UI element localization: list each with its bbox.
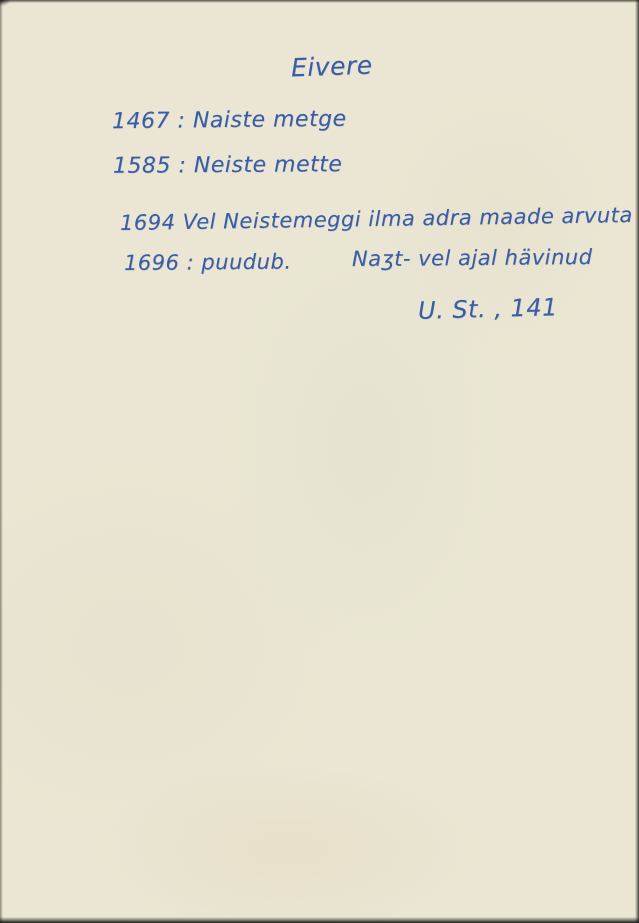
entry-1696-remark: Naʒt- vel ajal hävinud bbox=[352, 245, 593, 271]
scan-corner-top-left bbox=[0, 0, 14, 8]
entry-1696: 1696 : puudub. Naʒt- vel ajal hävinud bbox=[124, 247, 594, 275]
scan-edge-right bbox=[635, 0, 639, 923]
scan-edge-left bbox=[0, 0, 3, 923]
entry-1585: 1585 : Neiste mette bbox=[113, 152, 343, 179]
paper-sheet: Eivere 1467 : Naiste metge 1585 : Neiste… bbox=[0, 0, 639, 923]
scan-edge-bottom bbox=[0, 917, 639, 923]
source-reference: U. St. , 141 bbox=[418, 293, 558, 325]
entry-1694: 1694 Vel Neistemeggi ilma adra maade arv… bbox=[120, 203, 633, 235]
entry-1696-status: 1696 : puudub. bbox=[124, 250, 292, 275]
entry-1467: 1467 : Naiste metge bbox=[112, 107, 347, 134]
scan-edge-top bbox=[0, 0, 639, 3]
page-title: Eivere bbox=[291, 51, 374, 83]
